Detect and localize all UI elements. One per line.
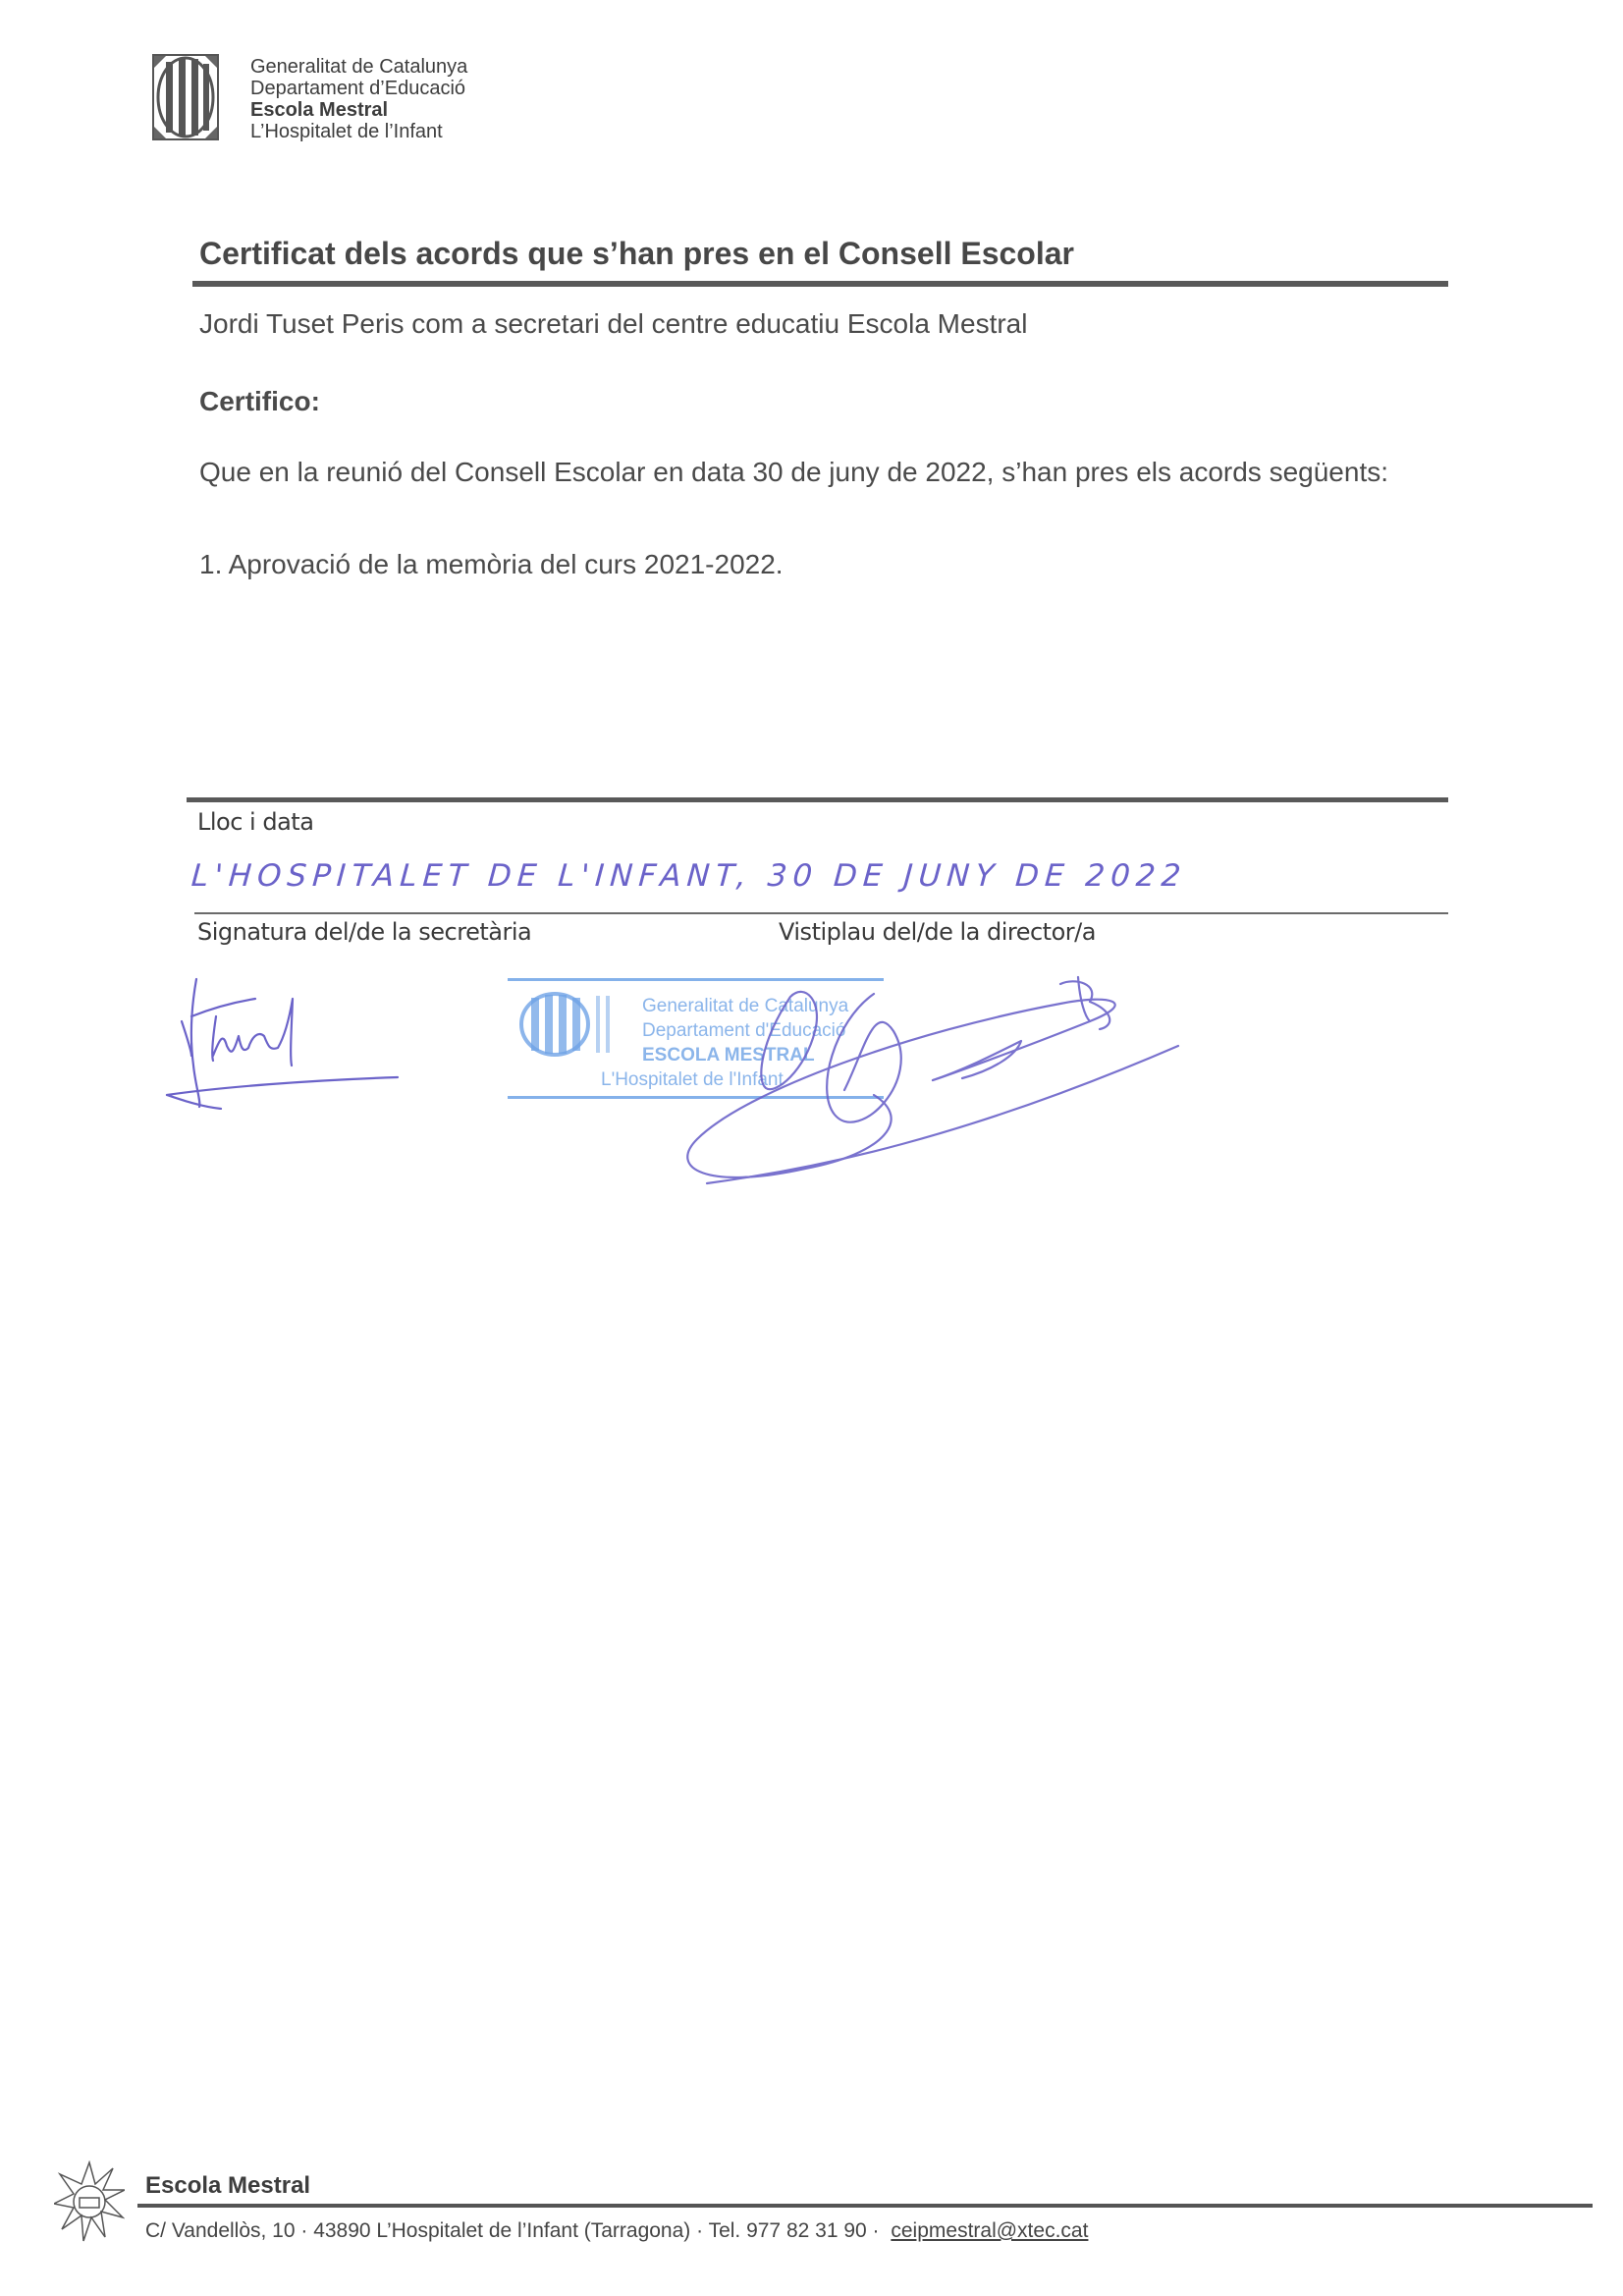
director-approval-label: Vistiplau del/de la director/a bbox=[779, 918, 1096, 946]
place-date-underline bbox=[194, 912, 1448, 914]
org-name: Generalitat de Catalunya bbox=[250, 56, 467, 78]
secretary-signature bbox=[162, 977, 403, 1110]
agreement-item: 1. Aprovació de la memòria del curs 2021… bbox=[199, 549, 784, 580]
footer-email-link[interactable]: ceipmestral@xtec.cat bbox=[891, 2219, 1088, 2242]
town-name: L’Hospitalet de l’Infant bbox=[250, 121, 467, 142]
intro-text: Jordi Tuset Peris com a secretari del ce… bbox=[199, 308, 1027, 340]
stamp-coat-of-arms-icon bbox=[515, 992, 623, 1057]
department-name: Departament d’Educació bbox=[250, 78, 467, 99]
director-signature bbox=[668, 972, 1188, 1190]
document-title: Certificat dels acords que s’han pres en… bbox=[199, 236, 1074, 272]
footer-school-name: Escola Mestral bbox=[145, 2172, 310, 2200]
signature-section-divider bbox=[187, 797, 1448, 802]
certification-paragraph: Que en la reunió del Consell Escolar en … bbox=[199, 454, 1444, 491]
certifico-heading: Certifico: bbox=[199, 386, 320, 417]
letterhead: Generalitat de Catalunya Departament d’E… bbox=[250, 56, 467, 142]
place-date-handwritten: L'HOSPITALET DE L'INFANT, 30 DE JUNY DE … bbox=[190, 858, 1188, 894]
footer-address: C/ Vandellòs, 10 · 43890 L’Hospitalet de… bbox=[145, 2219, 880, 2242]
catalan-coat-of-arms-icon bbox=[152, 54, 219, 140]
footer-divider bbox=[137, 2204, 1593, 2208]
school-star-logo-icon bbox=[54, 2160, 125, 2243]
place-date-label: Lloc i data bbox=[197, 808, 313, 836]
school-name: Escola Mestral bbox=[250, 99, 467, 121]
title-divider bbox=[192, 281, 1448, 287]
secretary-signature-label: Signatura del/de la secretària bbox=[197, 918, 531, 946]
footer-contact: C/ Vandellòs, 10 · 43890 L’Hospitalet de… bbox=[145, 2219, 1088, 2243]
